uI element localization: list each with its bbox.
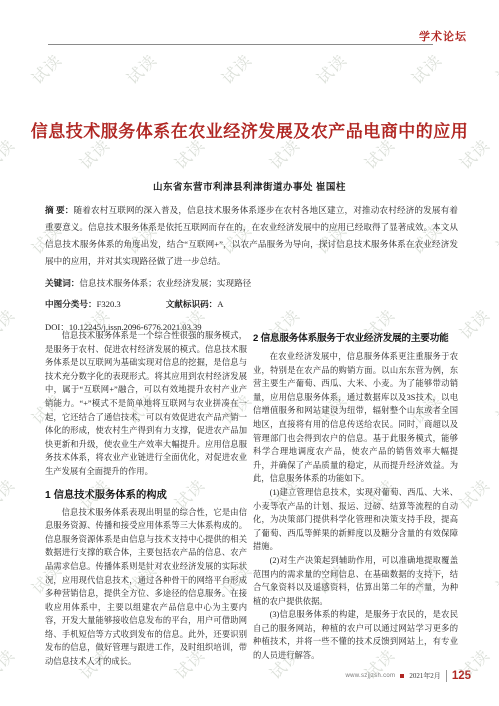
section-2-item-3: (3)信息服务体系的构建，是服务于农民的，是农民自己的服务网站，种植的农户可以通…: [253, 608, 458, 662]
header-rule: [48, 44, 433, 45]
watermark-text: 试读: [490, 568, 499, 613]
watermark-text: 试读: [490, 228, 499, 273]
abstract-label: 摘 要：: [45, 205, 74, 215]
watermark-text: 试读: [490, 58, 499, 103]
section-1-heading: 1 信息技术服务体系的构成: [45, 486, 247, 501]
abstract: 摘 要：随着农村互联网的深入普及，信息技术服务体系逐步在农村各地区建立，对推动农…: [45, 202, 458, 270]
watermark-text: 试读: [0, 303, 19, 343]
watermark-text: 试读: [74, 0, 114, 4]
paper-meta: 摘 要：随着农村互联网的深入普及，信息技术服务体系逐步在农村各地区建立，对推动农…: [45, 202, 458, 336]
clc-value: F320.3: [97, 299, 121, 309]
doc-code-group: 文献标识码：A: [166, 299, 224, 309]
footer-square-icon: [400, 674, 404, 678]
keywords: 关键词：信息技术服务体系；农业经济发展；实现路径: [45, 275, 458, 292]
issue-date: 2021年2月: [409, 671, 441, 681]
watermark-text: 试读: [311, 48, 351, 88]
section-2-heading: 2 信息服务体系服务于农业经济发展的主要功能: [253, 330, 458, 344]
keywords-label: 关键词：: [45, 278, 79, 288]
intro-paragraph: 信息技术服务体系是一个综合性很强的服务模式，是服务于农村、促进农村经济发展的模式…: [45, 329, 247, 479]
section-2-item-1: (1)建立管理信息技术，实现对葡萄、西瓜、大米、小麦等农产品的计划、报运、过磅、…: [253, 486, 458, 554]
watermark-text: 试读: [359, 0, 399, 4]
watermark-text: 试读: [454, 0, 494, 4]
footer-divider: [446, 670, 447, 682]
page-footer: www.szjjzsh.com 2021年2月 125: [345, 670, 471, 682]
doc-code-value: A: [217, 299, 223, 309]
section-1-paragraph: 信息技术服务体系表现出明显的综合性，它是由信息服务资源、传播和接受应用体系等三大…: [45, 506, 247, 669]
clc-group: 中图分类号：F320.3: [45, 299, 121, 309]
watermark-text: 试读: [26, 48, 66, 88]
watermark-text: 试读: [0, 0, 19, 4]
body-column-right: 2 信息服务体系服务于农业经济发展的主要功能 在农业经济发展中，信息服务体系更注…: [253, 329, 458, 663]
watermark-text: 试读: [121, 48, 161, 88]
watermark-text: 试读: [406, 48, 446, 88]
page-number: 125: [452, 670, 471, 682]
author-affiliation: 山东省东营市利津县利津街道办事处 崔国柱: [0, 179, 499, 193]
watermark-text: 试读: [0, 133, 19, 173]
journal-website: www.szjjzsh.com: [345, 673, 395, 679]
watermark-text: 试读: [490, 398, 499, 443]
paper-page: 学术论坛 信息技术服务体系在农业经济发展及农产品电商中的应用 山东省东营市利津县…: [0, 0, 499, 706]
body-column-left: 信息技术服务体系是一个综合性很强的服务模式，是服务于农村、促进农村经济发展的模式…: [45, 329, 247, 669]
clc-label: 中图分类号：: [45, 299, 97, 309]
watermark-text: 试读: [0, 473, 19, 513]
classification-line: 中图分类号：F320.3文献标识码：A: [45, 296, 458, 313]
abstract-text: 随着农村互联网的深入普及，信息技术服务体系逐步在农村各地区建立，对推动农村经济的…: [45, 205, 458, 266]
watermark-text: 试读: [454, 473, 494, 513]
watermark-text: 试读: [216, 48, 256, 88]
watermark-text: 试读: [454, 303, 494, 343]
section-2-paragraph: 在农业经济发展中，信息服务体系更注重服务于农业，特别是在农产品的购销方面。以山东…: [253, 350, 458, 486]
watermark-text: 试读: [264, 0, 304, 4]
watermark-text: 试读: [0, 643, 19, 683]
doc-code-label: 文献标识码：: [166, 299, 218, 309]
paper-title: 信息技术服务体系在农业经济发展及农产品电商中的应用: [22, 121, 477, 143]
keywords-text: 信息技术服务体系；农业经济发展；实现路径: [79, 278, 251, 288]
journal-column-label: 学术论坛: [419, 28, 467, 44]
watermark-text: 试读: [169, 0, 209, 4]
section-2-item-2: (2)对生产决策起到辅助作用，可以准确地提取覆盖范围内的需求量的空间信息、在基础…: [253, 554, 458, 608]
